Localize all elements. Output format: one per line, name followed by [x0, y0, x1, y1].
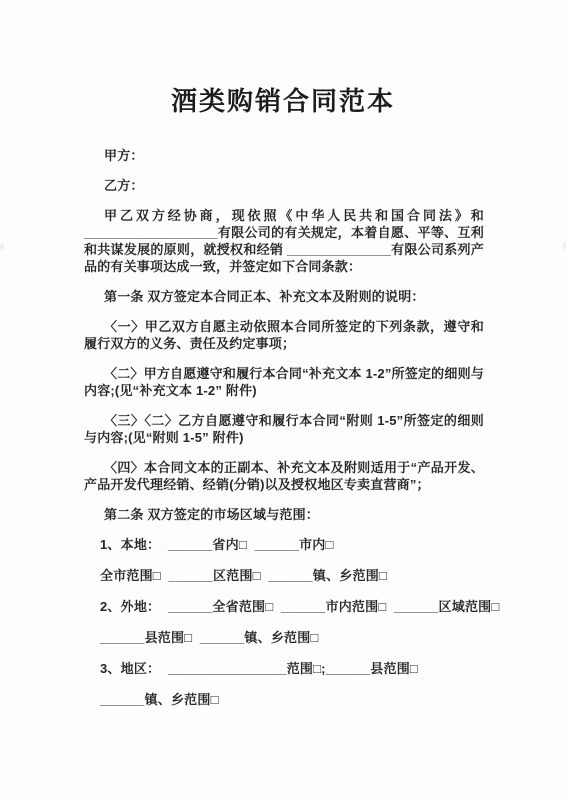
- scan-artifact: [0, 243, 4, 250]
- region-line-local: 1、本地： ______省内□ ______市内□: [100, 536, 484, 553]
- article1-heading: 第一条 双方签定本合同正本、补充文本及附则的说明：: [84, 288, 484, 305]
- region-line-town-scope: ______镇、乡范围□: [100, 691, 484, 708]
- document-body: 甲方： 乙方： 甲乙双方经协商，现依照《中华人民共和国合同法》和________…: [84, 147, 484, 708]
- document-title: 酒类购销合同范本: [0, 0, 566, 117]
- party-a-line: 甲方：: [84, 147, 484, 164]
- region-line-district: 3、地区： ________________范围□;______县范围□: [100, 660, 484, 677]
- article1-item-2: 〈二〉甲方自愿遵守和履行本合同“补充文本 1-2”所签定的细则与内容;(见“补充…: [84, 365, 484, 399]
- article2-heading: 第二条 双方签定的市场区域与范围：: [84, 506, 484, 523]
- intro-paragraph: 甲乙双方经协商，现依照《中华人民共和国合同法》和________________…: [84, 207, 484, 275]
- article1-item-1: 〈一〉甲乙双方自愿主动依照本合同所签定的下列条款，遵守和履行双方的义务、责任及约…: [84, 318, 484, 352]
- region-line-nonlocal: 2、外地： ______全省范围□ ______市内范围□ ______区域范围…: [100, 598, 484, 615]
- article1-item-4: 〈四〉本合同文本的正副本、补充文本及附则适用于“产品开发、产品开发代理经销、经销…: [84, 459, 484, 493]
- region-line-county-scope: ______县范围□ ______镇、乡范围□: [100, 629, 484, 646]
- contract-document-page: 酒类购销合同范本 甲方： 乙方： 甲乙双方经协商，现依照《中华人民共和国合同法》…: [0, 0, 566, 800]
- region-line-city-scope: 全市范围□ ______区范围□ ______镇、乡范围□: [100, 567, 484, 584]
- article1-item-3: 〈三〉〈二〉乙方自愿遵守和履行本合同“附则 1-5”所签定的细则与内容;(见“附…: [84, 412, 484, 446]
- party-b-line: 乙方：: [84, 177, 484, 194]
